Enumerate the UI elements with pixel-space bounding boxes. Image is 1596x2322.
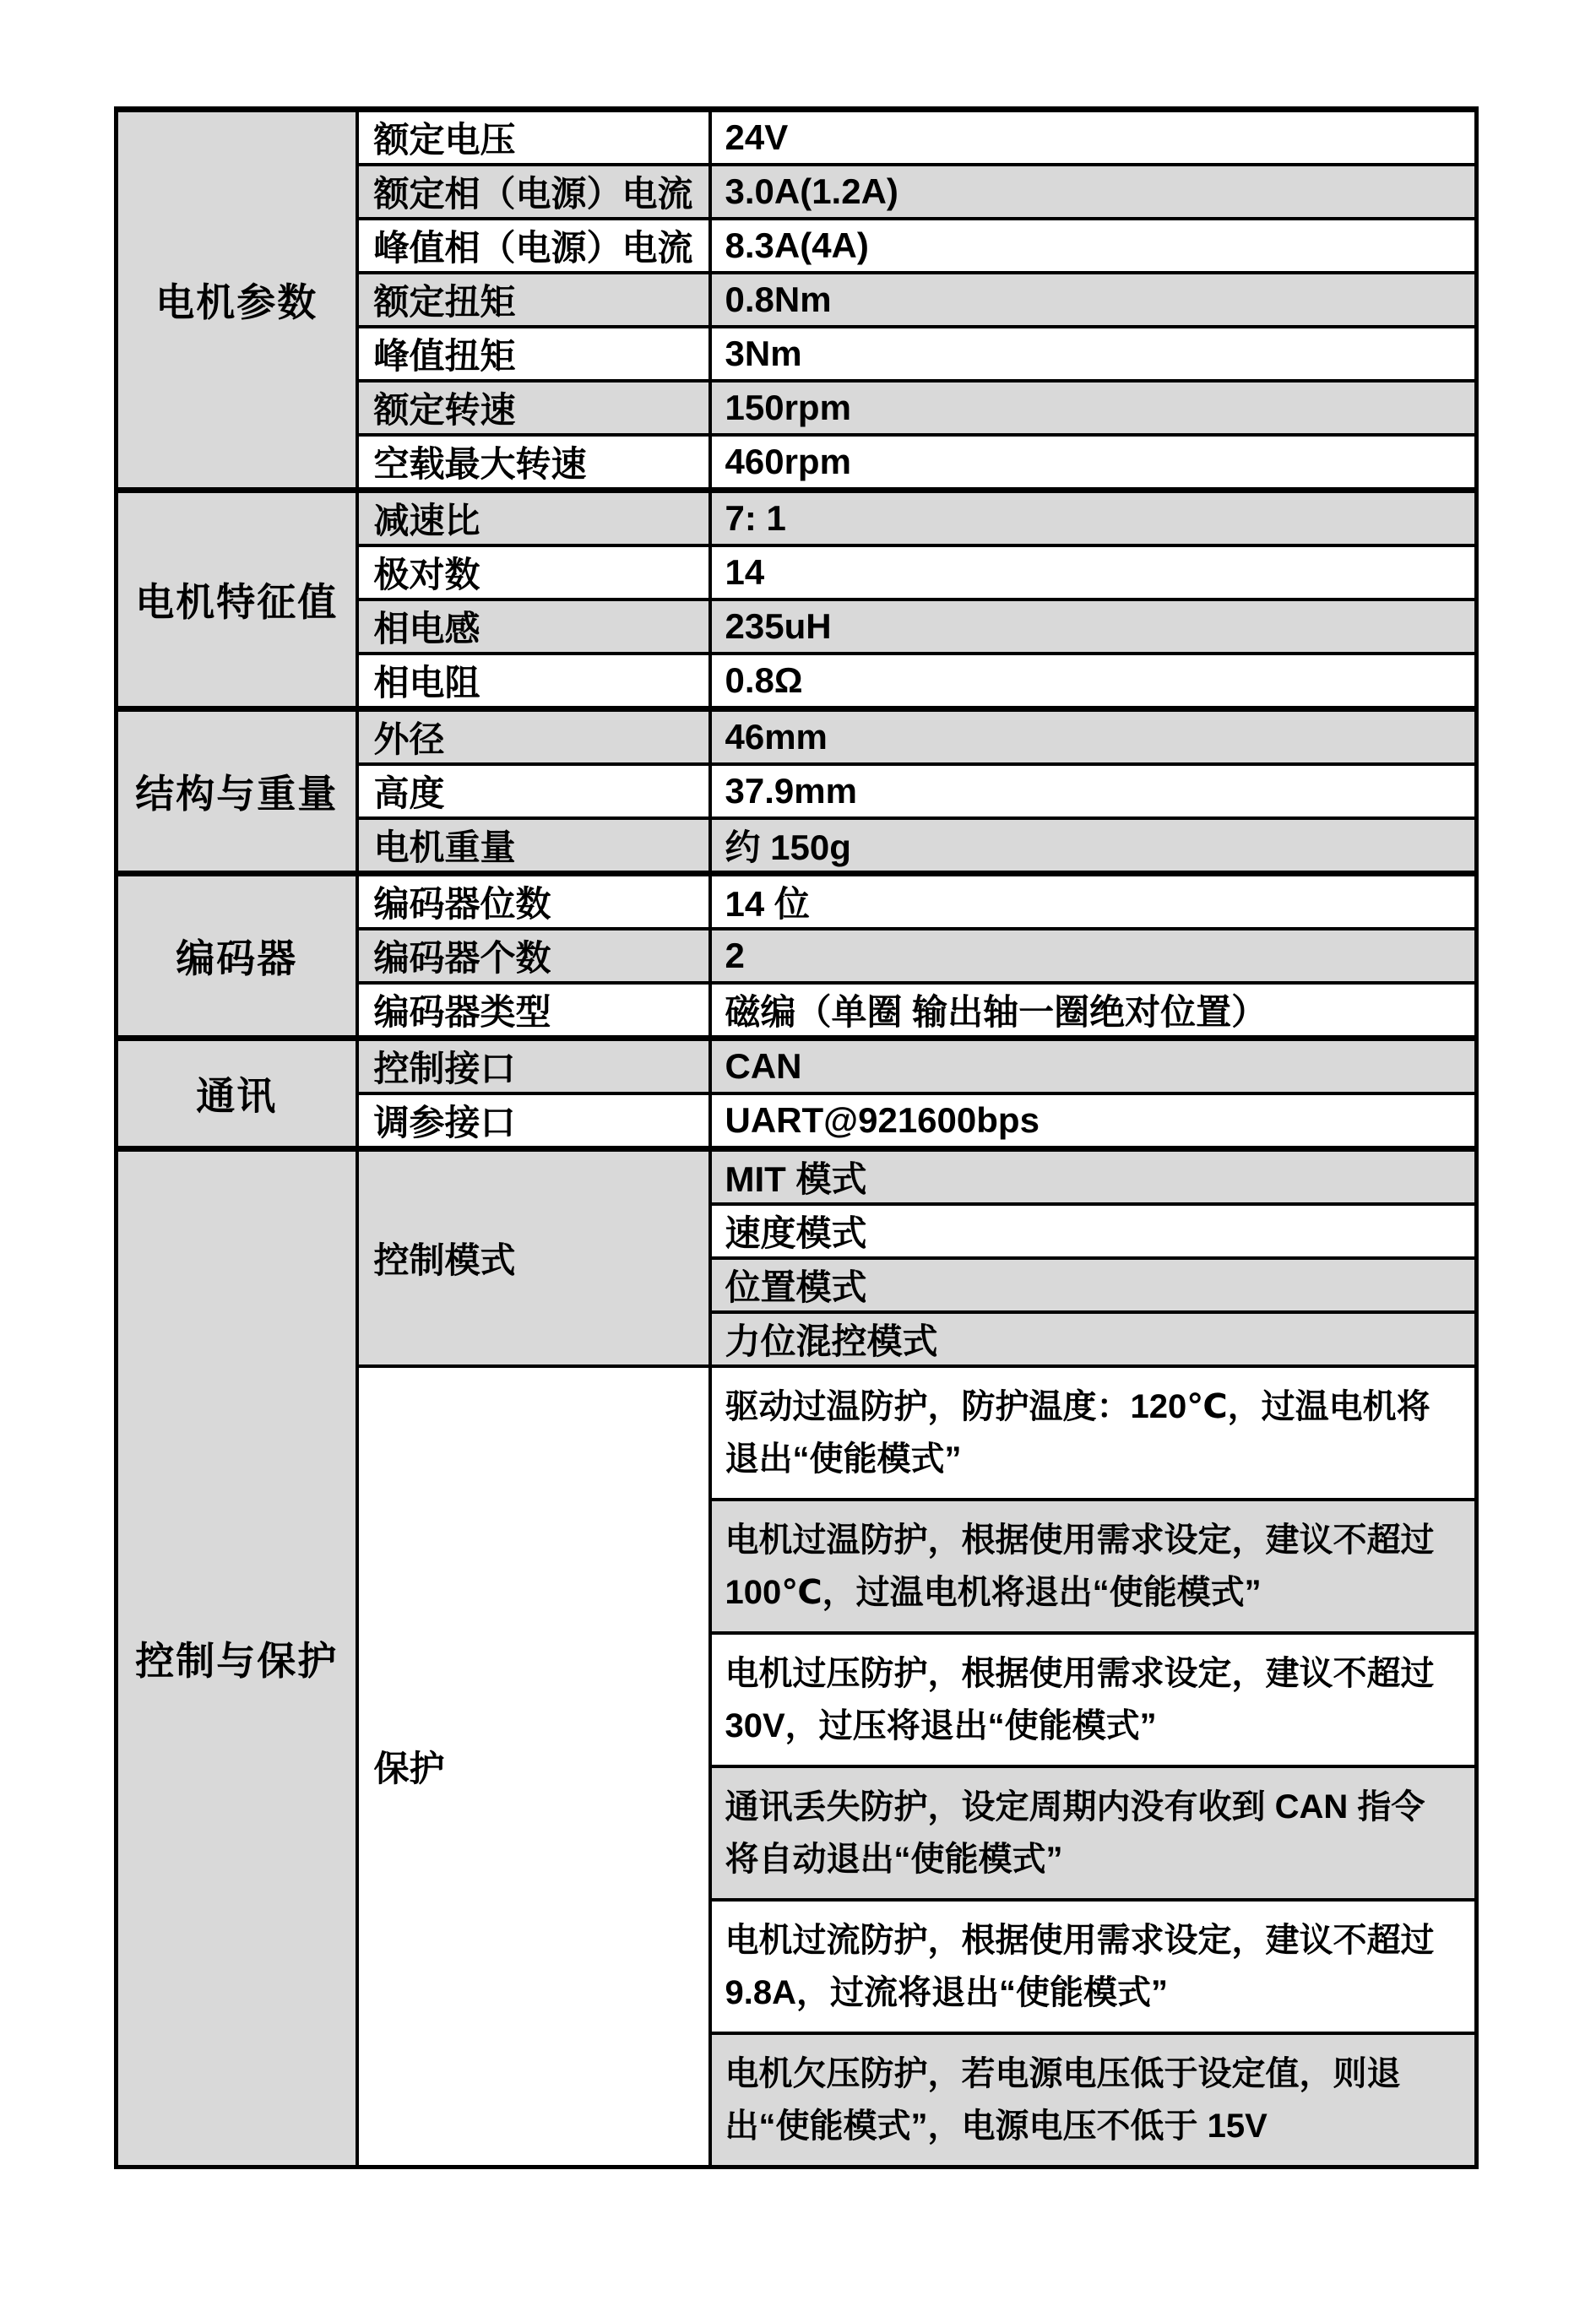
value-cell: 235uH bbox=[710, 599, 1477, 654]
category-cell: 结构与重量 bbox=[117, 709, 357, 874]
category-cell: 编码器 bbox=[117, 874, 357, 1039]
category-cell: 通讯 bbox=[117, 1039, 357, 1149]
value-cell: 14 位 bbox=[710, 874, 1477, 930]
value-cell: CAN bbox=[710, 1039, 1477, 1094]
value-cell: 2 bbox=[710, 929, 1477, 983]
value-cell: 24V bbox=[710, 110, 1477, 165]
category-cell: 控制与保护 bbox=[117, 1149, 357, 2167]
value-cell: 8.3A(4A) bbox=[710, 219, 1477, 273]
param-cell: 高度 bbox=[357, 764, 710, 818]
value-cell: 46mm bbox=[710, 709, 1477, 765]
spec-table-body: 电机参数额定电压24V额定相（电源）电流3.0A(1.2A)峰值相（电源）电流8… bbox=[117, 110, 1477, 2167]
param-cell: 外径 bbox=[357, 709, 710, 765]
table-row: 编码器编码器位数14 位 bbox=[117, 874, 1477, 930]
param-cell: 额定扭矩 bbox=[357, 273, 710, 327]
value-cell: 3Nm bbox=[710, 327, 1477, 381]
value-cell: 电机过压防护，根据使用需求设定，建议不超过 30V，过压将退出“使能模式” bbox=[710, 1633, 1477, 1766]
value-cell: 0.8Ω bbox=[710, 654, 1477, 709]
param-cell: 额定转速 bbox=[357, 381, 710, 435]
param-cell: 极对数 bbox=[357, 545, 710, 599]
category-cell: 电机特征值 bbox=[117, 491, 357, 709]
table-row: 电机特征值减速比7: 1 bbox=[117, 491, 1477, 546]
table-row: 电机参数额定电压24V bbox=[117, 110, 1477, 165]
param-cell: 编码器个数 bbox=[357, 929, 710, 983]
value-cell: 电机过温防护，根据使用需求设定，建议不超过 100℃，过温电机将退出“使能模式” bbox=[710, 1500, 1477, 1633]
table-row: 通讯控制接口CAN bbox=[117, 1039, 1477, 1094]
spec-table: 电机参数额定电压24V额定相（电源）电流3.0A(1.2A)峰值相（电源）电流8… bbox=[114, 106, 1479, 2169]
param-group-cell: 控制模式 bbox=[357, 1149, 710, 1367]
param-cell: 编码器类型 bbox=[357, 983, 710, 1039]
param-cell: 相电阻 bbox=[357, 654, 710, 709]
table-row: 控制与保护控制模式MIT 模式 bbox=[117, 1149, 1477, 1205]
value-cell: 460rpm bbox=[710, 435, 1477, 491]
value-cell: 约 150g bbox=[710, 818, 1477, 874]
param-cell: 控制接口 bbox=[357, 1039, 710, 1094]
value-cell: 驱动过温防护，防护温度：120℃，过温电机将退出“使能模式” bbox=[710, 1366, 1477, 1500]
param-cell: 额定相（电源）电流 bbox=[357, 165, 710, 219]
param-cell: 峰值扭矩 bbox=[357, 327, 710, 381]
param-cell: 空载最大转速 bbox=[357, 435, 710, 491]
value-cell: 14 bbox=[710, 545, 1477, 599]
value-cell: UART@921600bps bbox=[710, 1093, 1477, 1149]
value-cell: 通讯丢失防护，设定周期内没有收到 CAN 指令将自动退出“使能模式” bbox=[710, 1766, 1477, 1900]
value-cell: 3.0A(1.2A) bbox=[710, 165, 1477, 219]
table-row: 结构与重量外径46mm bbox=[117, 709, 1477, 765]
value-cell: 37.9mm bbox=[710, 764, 1477, 818]
value-cell: MIT 模式 bbox=[710, 1149, 1477, 1205]
param-cell: 相电感 bbox=[357, 599, 710, 654]
category-cell: 电机参数 bbox=[117, 110, 357, 491]
value-cell: 磁编（单圈 输出轴一圈绝对位置） bbox=[710, 983, 1477, 1039]
value-cell: 速度模式 bbox=[710, 1204, 1477, 1258]
param-cell: 编码器位数 bbox=[357, 874, 710, 930]
value-cell: 电机过流防护，根据使用需求设定，建议不超过 9.8A，过流将退出“使能模式” bbox=[710, 1900, 1477, 2033]
param-cell: 峰值相（电源）电流 bbox=[357, 219, 710, 273]
page: { "colors": { "stripe": "#d9d9d9", "bord… bbox=[0, 0, 1596, 2322]
param-group-cell: 保护 bbox=[357, 1366, 710, 2167]
param-cell: 调参接口 bbox=[357, 1093, 710, 1149]
value-cell: 150rpm bbox=[710, 381, 1477, 435]
value-cell: 位置模式 bbox=[710, 1258, 1477, 1312]
param-cell: 电机重量 bbox=[357, 818, 710, 874]
value-cell: 电机欠压防护，若电源电压低于设定值，则退出“使能模式”，电源电压不低于 15V bbox=[710, 2033, 1477, 2167]
value-cell: 7: 1 bbox=[710, 491, 1477, 546]
value-cell: 0.8Nm bbox=[710, 273, 1477, 327]
value-cell: 力位混控模式 bbox=[710, 1312, 1477, 1366]
param-cell: 额定电压 bbox=[357, 110, 710, 165]
param-cell: 减速比 bbox=[357, 491, 710, 546]
